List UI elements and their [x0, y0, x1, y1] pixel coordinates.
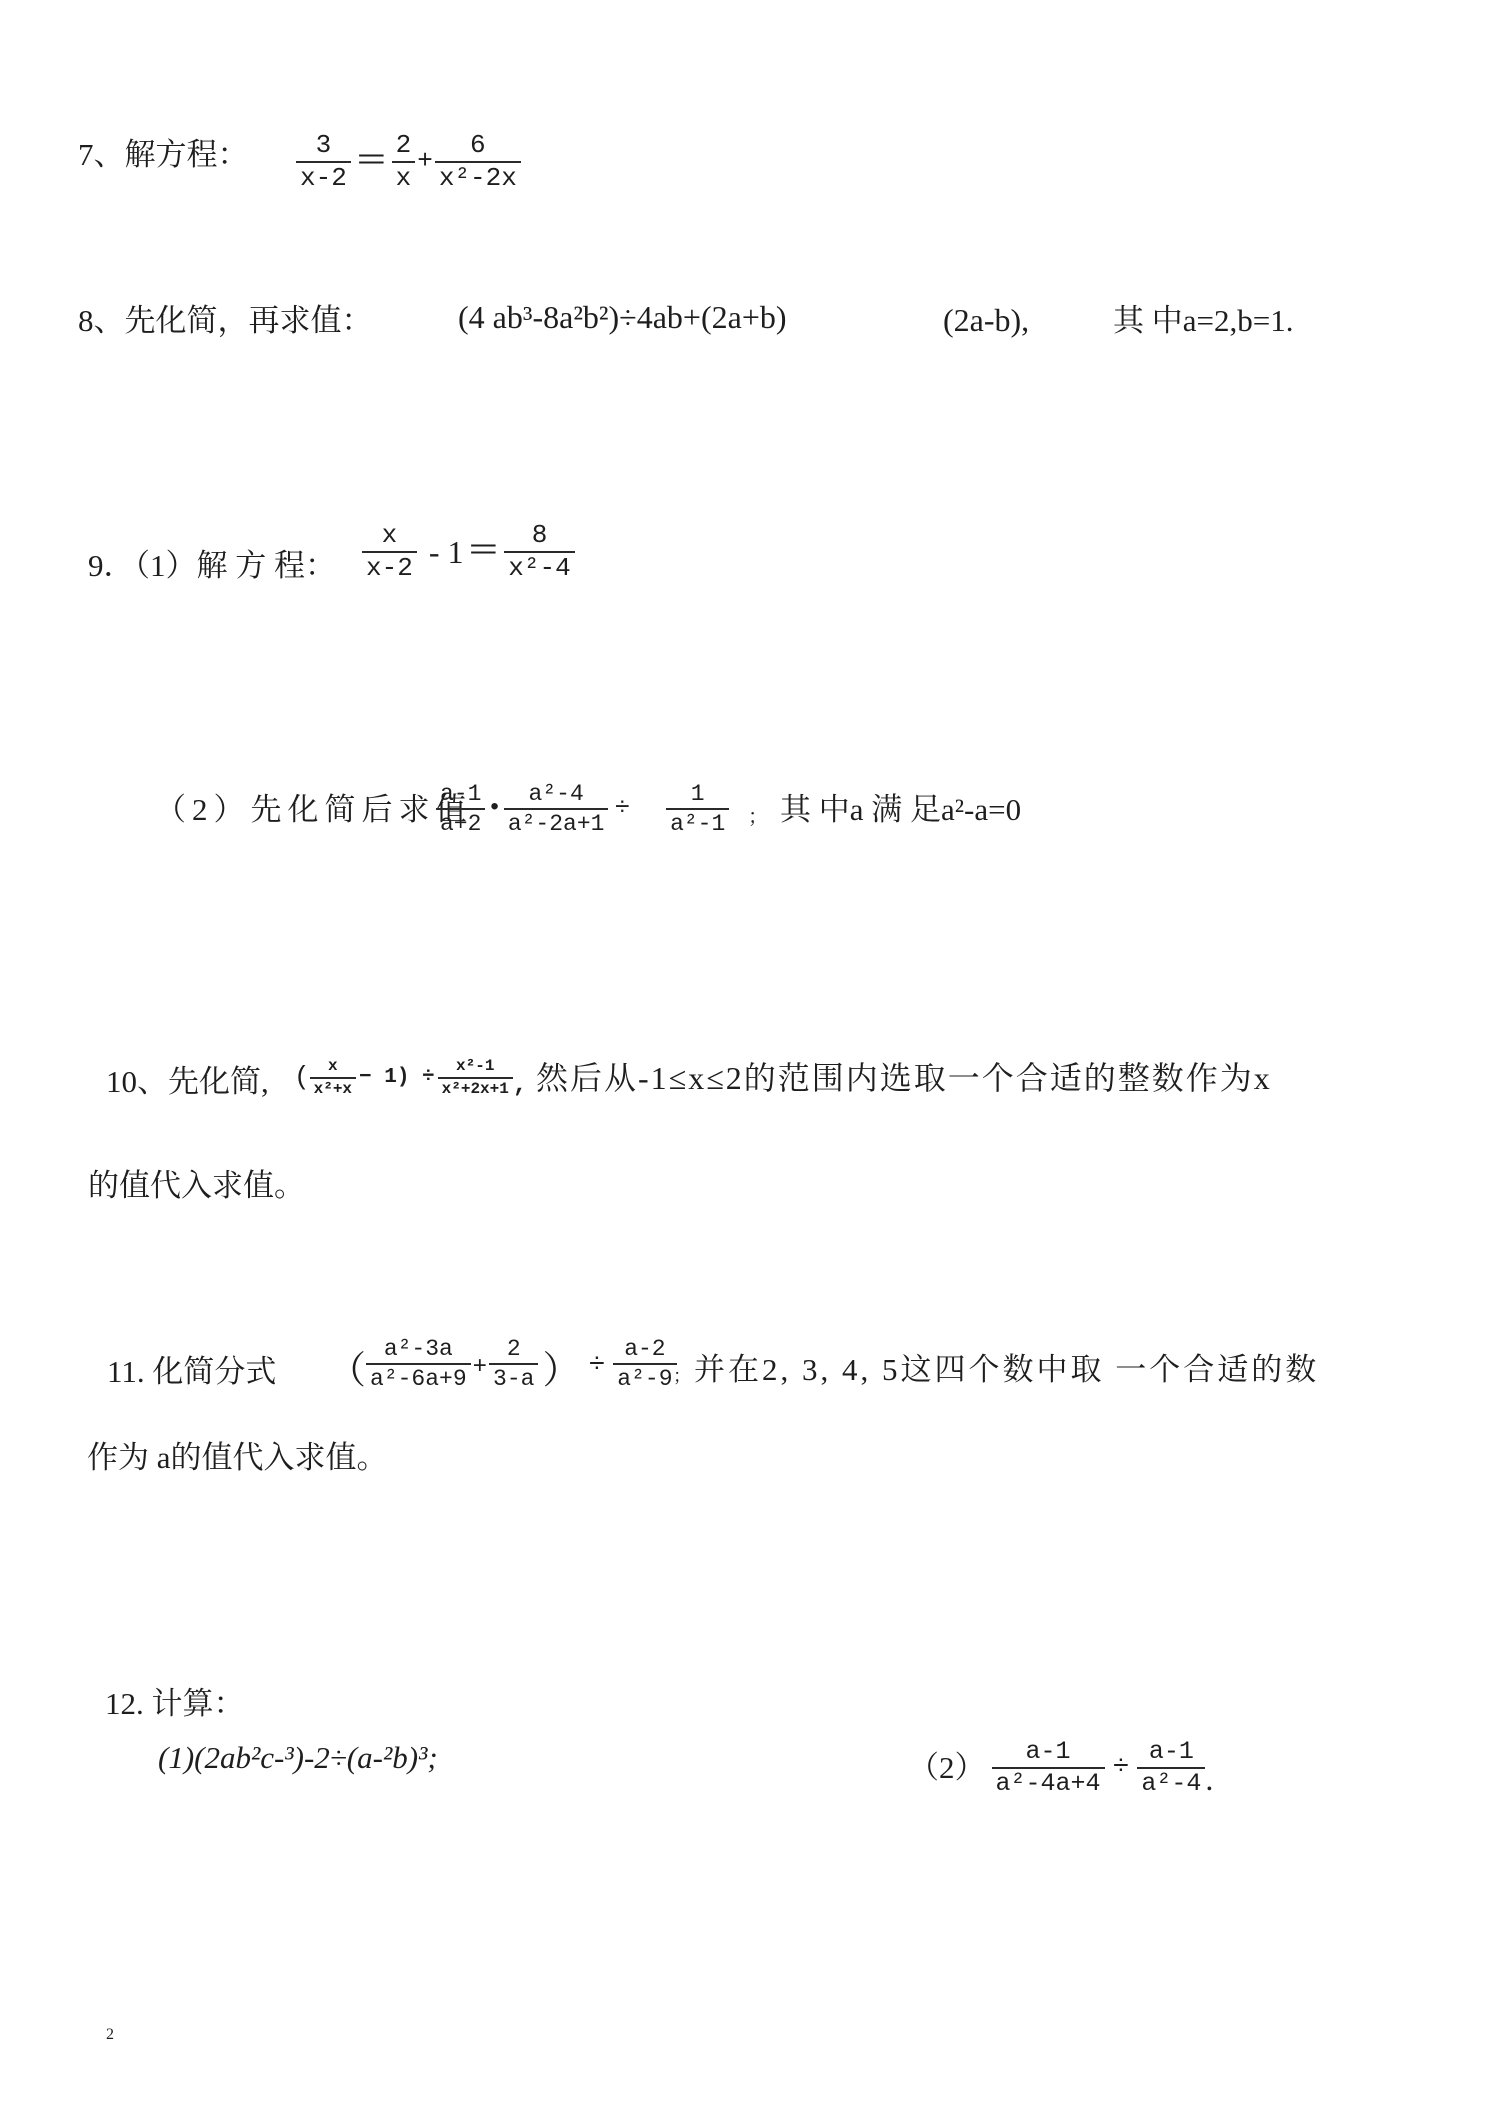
p12-frac1-numerator: a-1 [1022, 1738, 1075, 1767]
p8-expression: (4 ab³-8a²b²)÷4ab+(2a+b) [458, 299, 787, 336]
p10-frac1-numerator: x [324, 1057, 342, 1077]
p9-2-frac1-numerator: a-1 [436, 781, 485, 808]
p12-fraction-2: a-1 a²-4 [1137, 1738, 1205, 1799]
p7-frac2-denominator: x [392, 161, 416, 193]
plus-sign: + [473, 1354, 487, 1382]
p11-frac2-numerator: 2 [503, 1336, 525, 1363]
p9-2-frac2-denominator: a²-2a+1 [504, 808, 609, 837]
p7-fraction-1: 3 x-2 [296, 131, 351, 194]
p10-frac1-denominator: x²+x [310, 1077, 356, 1099]
p9-1-fraction-2: 8 x²-4 [504, 521, 574, 584]
p11-frac3-numerator: a-2 [620, 1336, 669, 1363]
p10-fraction-2: x²-1 x²+2x+1 [438, 1057, 513, 1099]
p7-label: 7、解方程： [78, 137, 249, 173]
p12-frac2-numerator: a-1 [1145, 1738, 1198, 1767]
p11-fraction-3: a-2 a²-9 [613, 1336, 676, 1392]
p8-condition: 其 中a=2,b=1. [1113, 303, 1293, 339]
p9-2-frac3-numerator: 1 [687, 781, 709, 808]
p7-frac1-numerator: 3 [312, 131, 336, 161]
p9-1-equation: x x-2 - 1 = 8 x²-4 [362, 522, 575, 582]
worksheet-page: { "page": { "number": "2" }, "problems":… [0, 0, 1493, 2112]
p12-item-2: （2） a-1 a²-4a+4 ÷ a-1 a²-4 . [908, 1738, 1213, 1798]
p9-2-frac1-denominator: a+2 [436, 808, 485, 837]
p12-item-1: (1)(2ab²c-³)-2÷(a-²b)³; [158, 1740, 438, 1776]
p9-2-fraction-3: 1 a²-1 [666, 781, 729, 837]
p11-frac2-denominator: 3-a [489, 1363, 538, 1392]
p12-frac1-denominator: a²-4a+4 [992, 1767, 1105, 1798]
p9-1-frac1-numerator: x [378, 521, 402, 551]
p12-label: 12. 计算： [105, 1686, 245, 1722]
p8-label: 8、先化简，再求值： [78, 303, 373, 339]
p12-item2-label: （2） [908, 1750, 986, 1786]
open-paren: ( [294, 1063, 310, 1093]
p11-semicolon: ； [673, 1366, 691, 1387]
p10-frac2-numerator: x²-1 [452, 1057, 498, 1077]
division-sign: ÷ [1113, 1752, 1130, 1784]
period: . [1205, 1761, 1213, 1798]
multiplication-dot: • [487, 795, 501, 823]
p11-text-2: 作为 a的值代入求值。 [87, 1440, 388, 1476]
p9-2-label: （2）先化简后求值 [155, 792, 473, 828]
open-paren: （ [328, 1352, 366, 1390]
p11-frac1-denominator: a²-6a+9 [366, 1363, 471, 1392]
p11-frac1-numerator: a²-3a [380, 1336, 457, 1363]
plus-sign: + [417, 147, 433, 177]
p9-2-fraction-1: a-1 a+2 [436, 781, 485, 837]
p9-2-frac3-denominator: a²-1 [666, 808, 729, 837]
p7-frac3-numerator: 6 [466, 131, 490, 161]
p10-middle-operators: − 1) ÷ [359, 1066, 435, 1090]
p7-frac2-numerator: 2 [392, 131, 416, 161]
p11-expression: （ a²-3a a²-6a+9 + 2 3-a ） ÷ a-2 a²-9 [328, 1316, 677, 1392]
p9-1-frac2-numerator: 8 [528, 521, 552, 551]
p12-frac2-denominator: a²-4 [1137, 1767, 1205, 1798]
page-number: 2 [106, 2026, 114, 2044]
minus-one-term: - 1 [429, 534, 464, 571]
p11-label: 11. 化简分式 [107, 1354, 276, 1390]
p9-1-label: 9．（1）解 方 程： [88, 548, 336, 584]
p11-fraction-2: 2 3-a [489, 1336, 538, 1392]
p10-text: 然后从-1≤x≤2的范围内选取一个合适的整数作为x [536, 1060, 1272, 1097]
p7-fraction-2: 2 x [392, 131, 416, 194]
p7-fraction-3: 6 x²-2x [435, 131, 521, 194]
p10-frac2-denominator: x²+2x+1 [438, 1077, 513, 1099]
p9-2-frac2-numerator: a²-4 [525, 781, 588, 808]
p7-frac3-denominator: x²-2x [435, 161, 521, 193]
p9-1-frac2-denominator: x²-4 [504, 551, 574, 583]
p10-label: 10、先化简, [106, 1064, 269, 1100]
p9-2-condition: 其 中a 满 足a²-a=0 [780, 792, 1021, 828]
p9-2-expression: a-1 a+2 • a²-4 a²-2a+1 ÷ 1 a²-1 [436, 780, 729, 838]
p7-equation: 3 x-2 = 2 x + 6 x²-2x [296, 130, 521, 194]
p11-frac3-denominator: a²-9 [613, 1363, 676, 1392]
p7-frac1-denominator: x-2 [296, 161, 351, 193]
division-sign: ÷ [588, 1350, 605, 1382]
p10-text-2: 的值代入求值。 [88, 1168, 305, 1204]
equals-sign: = [469, 536, 499, 568]
p9-1-frac1-denominator: x-2 [362, 551, 417, 583]
p10-fraction-1: x x²+x [310, 1057, 356, 1099]
comma: , [513, 1072, 527, 1100]
close-paren: ） [542, 1352, 580, 1390]
p8-expression-2: (2a-b), [943, 302, 1029, 339]
p9-2-fraction-2: a²-4 a²-2a+1 [504, 781, 609, 837]
p10-expression: ( x x²+x − 1) ÷ x²-1 x²+2x+1 , [294, 1056, 527, 1100]
p11-text: 并在2, 3, 4, 5这四个数中取 一个合适的数 [694, 1352, 1319, 1388]
equals-sign: = [356, 146, 386, 178]
division-sign: ÷ [614, 794, 630, 824]
p9-2-semicolon: ； [748, 806, 768, 829]
p9-1-fraction-1: x x-2 [362, 521, 417, 584]
p12-fraction-1: a-1 a²-4a+4 [992, 1738, 1105, 1799]
p11-fraction-1: a²-3a a²-6a+9 [366, 1336, 471, 1392]
